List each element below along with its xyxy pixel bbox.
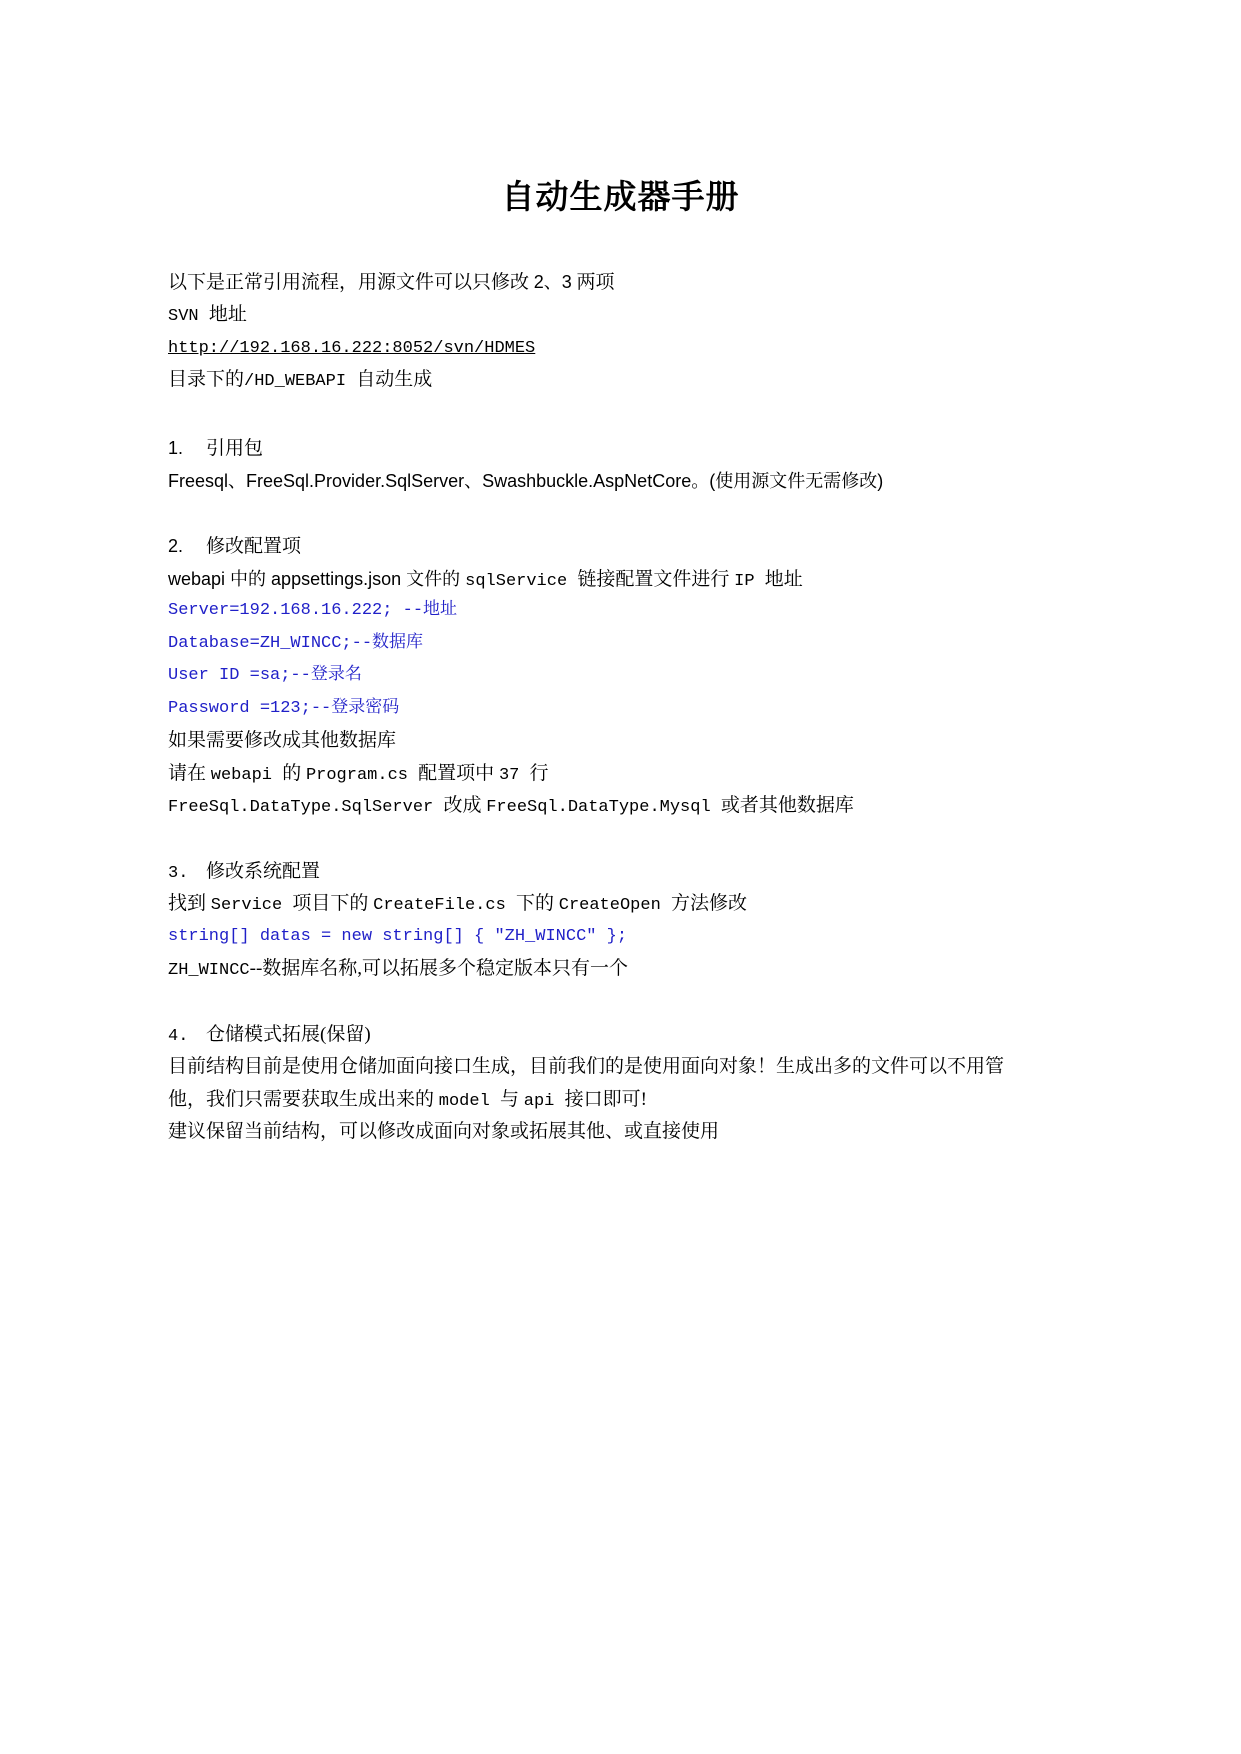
section-2-intro-r5: 地址 xyxy=(765,569,803,590)
svn-url-line: http://192.168.16.222:8052/svn/HDMES xyxy=(168,331,1073,364)
intro-line1-item-numbers: 2、3 xyxy=(534,272,572,292)
section-2-intro-r2: sqlService xyxy=(465,572,577,591)
section-3-intro-r1: 找到 xyxy=(168,893,211,914)
section-3-intro-r5: 下的 xyxy=(516,893,559,914)
program-note-r6: 37 xyxy=(499,766,530,785)
zh-wincc-note-line: ZH_WINCC--数据库名称,可以拓展多个稳定版本只有一个 xyxy=(168,953,1073,986)
page-content: 自动生成器手册 以下是正常引用流程，用源文件可以只修改 2、3 两项 SVN 地… xyxy=(0,0,1233,1149)
program-note-r5: 配置项中 xyxy=(418,763,499,784)
output-dir-post: 自动生成 xyxy=(356,369,432,390)
config-database-line: Database=ZH_WINCC;--数据库 xyxy=(168,628,1073,661)
section-4-body-line-1: 目前结构目前是使用仓储加面向接口生成，目前我们的是使用面向对象！生成出多的文件可… xyxy=(168,1051,1073,1084)
section-2-intro-r3: 链接配置文件进行 xyxy=(577,569,734,590)
section-3-intro-r3: 项目下的 xyxy=(292,893,373,914)
section-1-packages: 1.引用包 Freesql、FreeSql.Provider.SqlServer… xyxy=(168,432,1073,497)
section-3-intro-r6: CreateOpen xyxy=(559,896,671,915)
section-3-system-config: 3.修改系统配置 找到 Service 项目下的 CreateFile.cs 下… xyxy=(168,856,1073,986)
section-2-intro-r1: webapi 中的 appsettings.json 文件的 xyxy=(168,569,465,589)
output-dir-pre: 目录下的 xyxy=(168,369,244,390)
svn-url-link[interactable]: http://192.168.16.222:8052/svn/HDMES xyxy=(168,339,535,358)
section-4-number: 4. xyxy=(168,1021,206,1054)
section-3-intro-line: 找到 Service 项目下的 CreateFile.cs 下的 CreateO… xyxy=(168,888,1073,921)
section-3-intro-r4: CreateFile.cs xyxy=(373,896,516,915)
section-4-body2-r3: 与 xyxy=(500,1089,524,1110)
section-3-intro-r7: 方法修改 xyxy=(671,893,747,914)
program-note-r3: 的 xyxy=(282,763,306,784)
intro-section: 以下是正常引用流程，用源文件可以只修改 2、3 两项 SVN 地址 http:/… xyxy=(168,266,1073,396)
svn-label-line: SVN 地址 xyxy=(168,299,1073,332)
program-note-r7: 行 xyxy=(530,763,549,784)
manual-page: 自动生成器手册 以下是正常引用流程，用源文件可以只修改 2、3 两项 SVN 地… xyxy=(0,0,1241,1754)
string-array-code-line: string[] datas = new string[] { ″ZH_WINC… xyxy=(168,921,1073,954)
svn-label-latin: SVN xyxy=(168,307,209,326)
datatype-note-r1: FreeSql.DataType.SqlServer xyxy=(168,798,443,817)
document-body: { "page": { "title": "自动生成器手册", "backgro… xyxy=(0,0,1241,1754)
section-4-heading-text: 仓储模式拓展(保留) xyxy=(206,1024,371,1045)
datatype-note-r3: FreeSql.DataType.Mysql xyxy=(486,798,721,817)
program-note-r1: 请在 xyxy=(168,763,211,784)
section-1-number: 1. xyxy=(168,432,206,465)
section-4-body-line-2: 他，我们只需要获取生成出来的 model 与 api 接口即可! xyxy=(168,1084,1073,1117)
zh-wincc-note-r2: --数据库名称,可以拓展多个稳定版本只有一个 xyxy=(250,958,628,979)
config-server-line: Server=192.168.16.222; --地址 xyxy=(168,595,1073,628)
program-note-r2: webapi xyxy=(211,766,282,785)
other-db-note-line: 如果需要修改成其他数据库 xyxy=(168,725,1073,758)
section-1-heading-text: 引用包 xyxy=(206,438,263,459)
section-1-body: Freesql、FreeSql.Provider.SqlServer、Swash… xyxy=(168,465,1073,498)
section-2-number: 2. xyxy=(168,530,206,563)
section-2-heading-text: 修改配置项 xyxy=(206,536,301,557)
section-3-number: 3. xyxy=(168,858,206,891)
svn-label-cjk: 地址 xyxy=(209,304,247,325)
page-title: 自动生成器手册 xyxy=(168,176,1073,220)
section-4-body2-r4: api xyxy=(524,1092,565,1111)
intro-line1-pre: 以下是正常引用流程，用源文件可以只修改 xyxy=(168,272,534,293)
section-4-heading: 4.仓储模式拓展(保留) xyxy=(168,1019,1073,1052)
datatype-note-line: FreeSql.DataType.SqlServer 改成 FreeSql.Da… xyxy=(168,790,1073,823)
program-note-r4: Program.cs xyxy=(306,766,418,785)
section-4-body-line-3: 建议保留当前结构，可以修改成面向对象或拓展其他、或直接使用 xyxy=(168,1116,1073,1149)
config-userid-line: User ID =sa;--登录名 xyxy=(168,660,1073,693)
section-4-repository: 4.仓储模式拓展(保留) 目前结构目前是使用仓储加面向接口生成，目前我们的是使用… xyxy=(168,1019,1073,1149)
section-4-body2-r5: 接口即可! xyxy=(565,1089,647,1110)
section-3-heading: 3.修改系统配置 xyxy=(168,856,1073,889)
section-2-intro-line: webapi 中的 appsettings.json 文件的 sqlServic… xyxy=(168,563,1073,596)
section-2-config: 2.修改配置项 webapi 中的 appsettings.json 文件的 s… xyxy=(168,530,1073,823)
section-2-intro-r4: IP xyxy=(734,572,765,591)
output-dir-line: 目录下的/HD_WEBAPI 自动生成 xyxy=(168,364,1073,397)
config-password-line: Password =123;--登录密码 xyxy=(168,693,1073,726)
intro-line1-post: 两项 xyxy=(572,272,615,293)
section-4-body2-r2: model xyxy=(439,1092,500,1111)
intro-line-1: 以下是正常引用流程，用源文件可以只修改 2、3 两项 xyxy=(168,266,1073,299)
zh-wincc-note-r1: ZH_WINCC xyxy=(168,961,250,980)
datatype-note-r4: 或者其他数据库 xyxy=(721,795,854,816)
program-cs-note-line: 请在 webapi 的 Program.cs 配置项中 37 行 xyxy=(168,758,1073,791)
section-3-intro-r2: Service xyxy=(211,896,293,915)
section-4-body2-r1: 他，我们只需要获取生成出来的 xyxy=(168,1089,439,1110)
section-3-heading-text: 修改系统配置 xyxy=(206,861,320,882)
section-1-heading: 1.引用包 xyxy=(168,432,1073,465)
datatype-note-r2: 改成 xyxy=(443,795,486,816)
output-dir-path: /HD_WEBAPI xyxy=(244,372,356,391)
section-2-heading: 2.修改配置项 xyxy=(168,530,1073,563)
